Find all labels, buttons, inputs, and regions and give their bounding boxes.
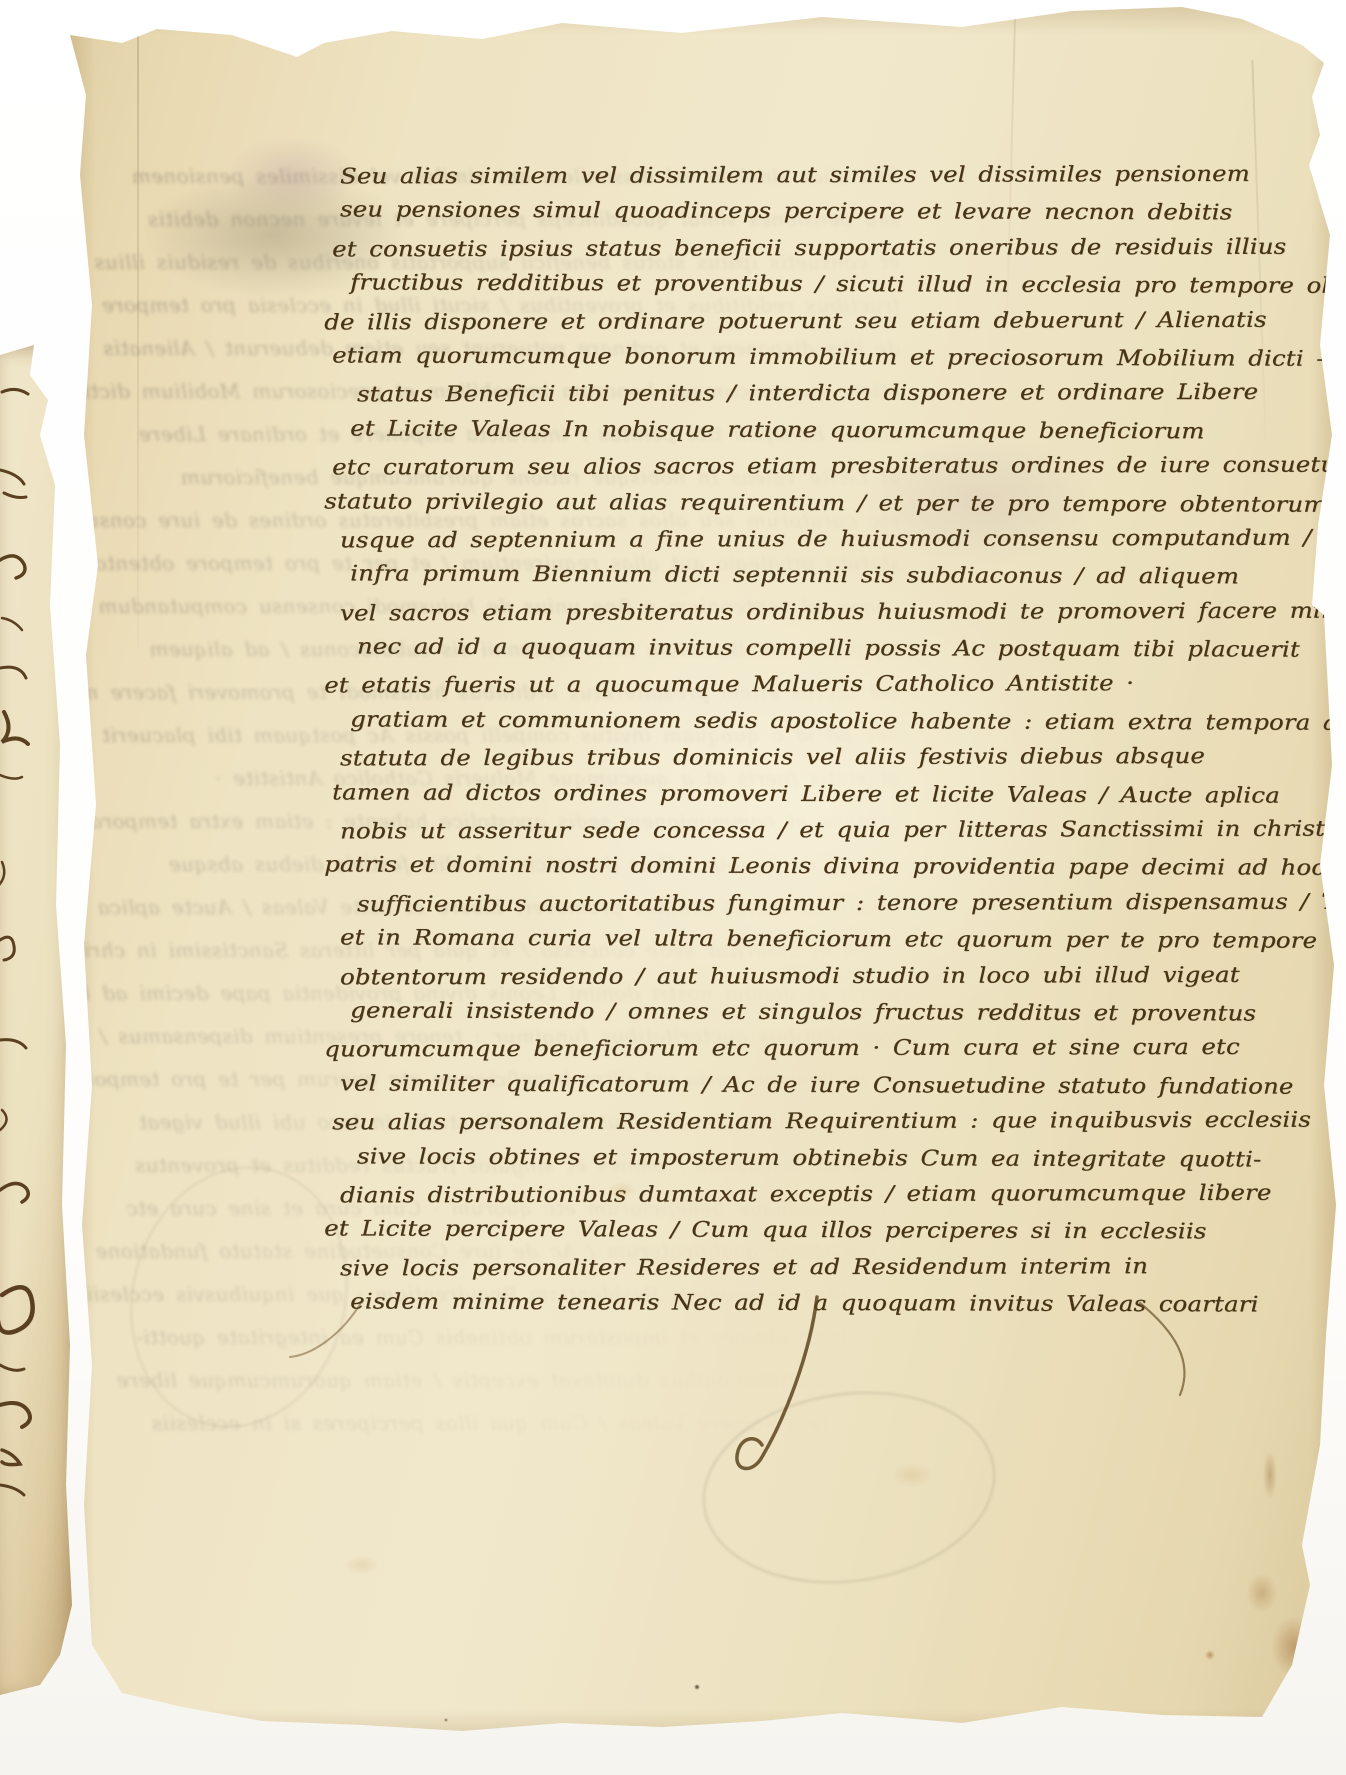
manuscript-line: obtentorum residendo / aut huiusmodi stu… bbox=[340, 957, 1312, 996]
showthrough-circle bbox=[690, 1373, 1007, 1601]
bleed-line: dianis distributionibus dumtaxat excepti… bbox=[70, 1359, 900, 1402]
bleed-line: et Licite percipere Valeas / Cum qua ill… bbox=[70, 1402, 900, 1445]
manuscript-line: tamen ad dictos ordines promoveri Libere… bbox=[332, 775, 1312, 815]
adjacent-page-edge bbox=[0, 345, 80, 1695]
manuscript-line: etiam quorumcumque bonorum immobilium et… bbox=[332, 338, 1312, 378]
manuscript-line: eisdem minime tenearis Nec ad id a quoqu… bbox=[350, 1284, 1312, 1324]
strip-ink-marks bbox=[0, 345, 80, 1695]
manuscript-line: et consuetis ipsius status beneficii sup… bbox=[332, 229, 1312, 268]
manuscript-text-block: Seu alias similem vel dissimilem aut sim… bbox=[340, 158, 1312, 1323]
manuscript-line: status Beneficii tibi penitus / interdic… bbox=[357, 375, 1312, 414]
manuscript-line: et Licite Valeas In nobisque ratione quo… bbox=[350, 411, 1312, 451]
manuscript-line: statuto privilegio aut alias requirentiu… bbox=[324, 484, 1312, 524]
manuscript-line: fructibus redditibus et proventibus / si… bbox=[350, 266, 1312, 306]
manuscript-line: usque ad septennium a fine unius de huiu… bbox=[340, 521, 1312, 560]
manuscript-line: sive locis personaliter Resideres et ad … bbox=[340, 1248, 1312, 1287]
manuscript-line: et Licite percipere Valeas / Cum qua ill… bbox=[324, 1212, 1312, 1252]
scanned-manuscript: { "document": { "language": "Latin", "sc… bbox=[0, 0, 1346, 1775]
manuscript-line: seu alias personalem Residentiam Require… bbox=[332, 1103, 1312, 1142]
showthrough-circle bbox=[103, 1143, 375, 1451]
manuscript-line: patris et domini nostri domini Leonis di… bbox=[324, 848, 1312, 888]
manuscript-line: sive locis obtines et imposterum obtineb… bbox=[357, 1139, 1312, 1179]
manuscript-line: dianis distributionibus dumtaxat excepti… bbox=[340, 1176, 1312, 1215]
manuscript-line: nobis ut asseritur sede concessa / et qu… bbox=[340, 812, 1312, 851]
manuscript-line: et in Romana curia vel ultra beneficioru… bbox=[340, 921, 1312, 961]
manuscript-line: gratiam et communionem sedis apostolice … bbox=[350, 702, 1312, 742]
manuscript-line: nec ad id a quoquam invitus compelli pos… bbox=[357, 629, 1312, 669]
manuscript-line: Seu alias similem vel dissimilem aut sim… bbox=[340, 157, 1312, 196]
manuscript-line: generali insistendo / omnes et singulos … bbox=[350, 993, 1312, 1033]
manuscript-line: vel sacros etiam presbiteratus ordinibus… bbox=[340, 593, 1312, 632]
manuscript-line: et etatis fueris ut a quocumque Malueris… bbox=[324, 666, 1312, 705]
manuscript-line: seu pensiones simul quoadinceps perciper… bbox=[340, 193, 1312, 233]
manuscript-line: infra primum Biennium dicti septennii si… bbox=[350, 557, 1312, 597]
manuscript-page: Seu alias similem vel dissimilem aut sim… bbox=[62, 5, 1340, 1745]
manuscript-line: vel similiter qualificatorum / Ac de iur… bbox=[340, 1066, 1312, 1106]
manuscript-line: de illis disponere et ordinare potuerunt… bbox=[324, 302, 1312, 341]
manuscript-line: quorumcumque beneficiorum etc quorum · C… bbox=[324, 1030, 1312, 1069]
manuscript-line: statuta de legibus tribus dominicis vel … bbox=[340, 739, 1312, 778]
fold-crease bbox=[137, 27, 139, 647]
manuscript-line: sufficientibus auctoritatibus fungimur :… bbox=[357, 884, 1312, 923]
manuscript-line: etc curatorum seu alios sacros etiam pre… bbox=[332, 448, 1312, 487]
